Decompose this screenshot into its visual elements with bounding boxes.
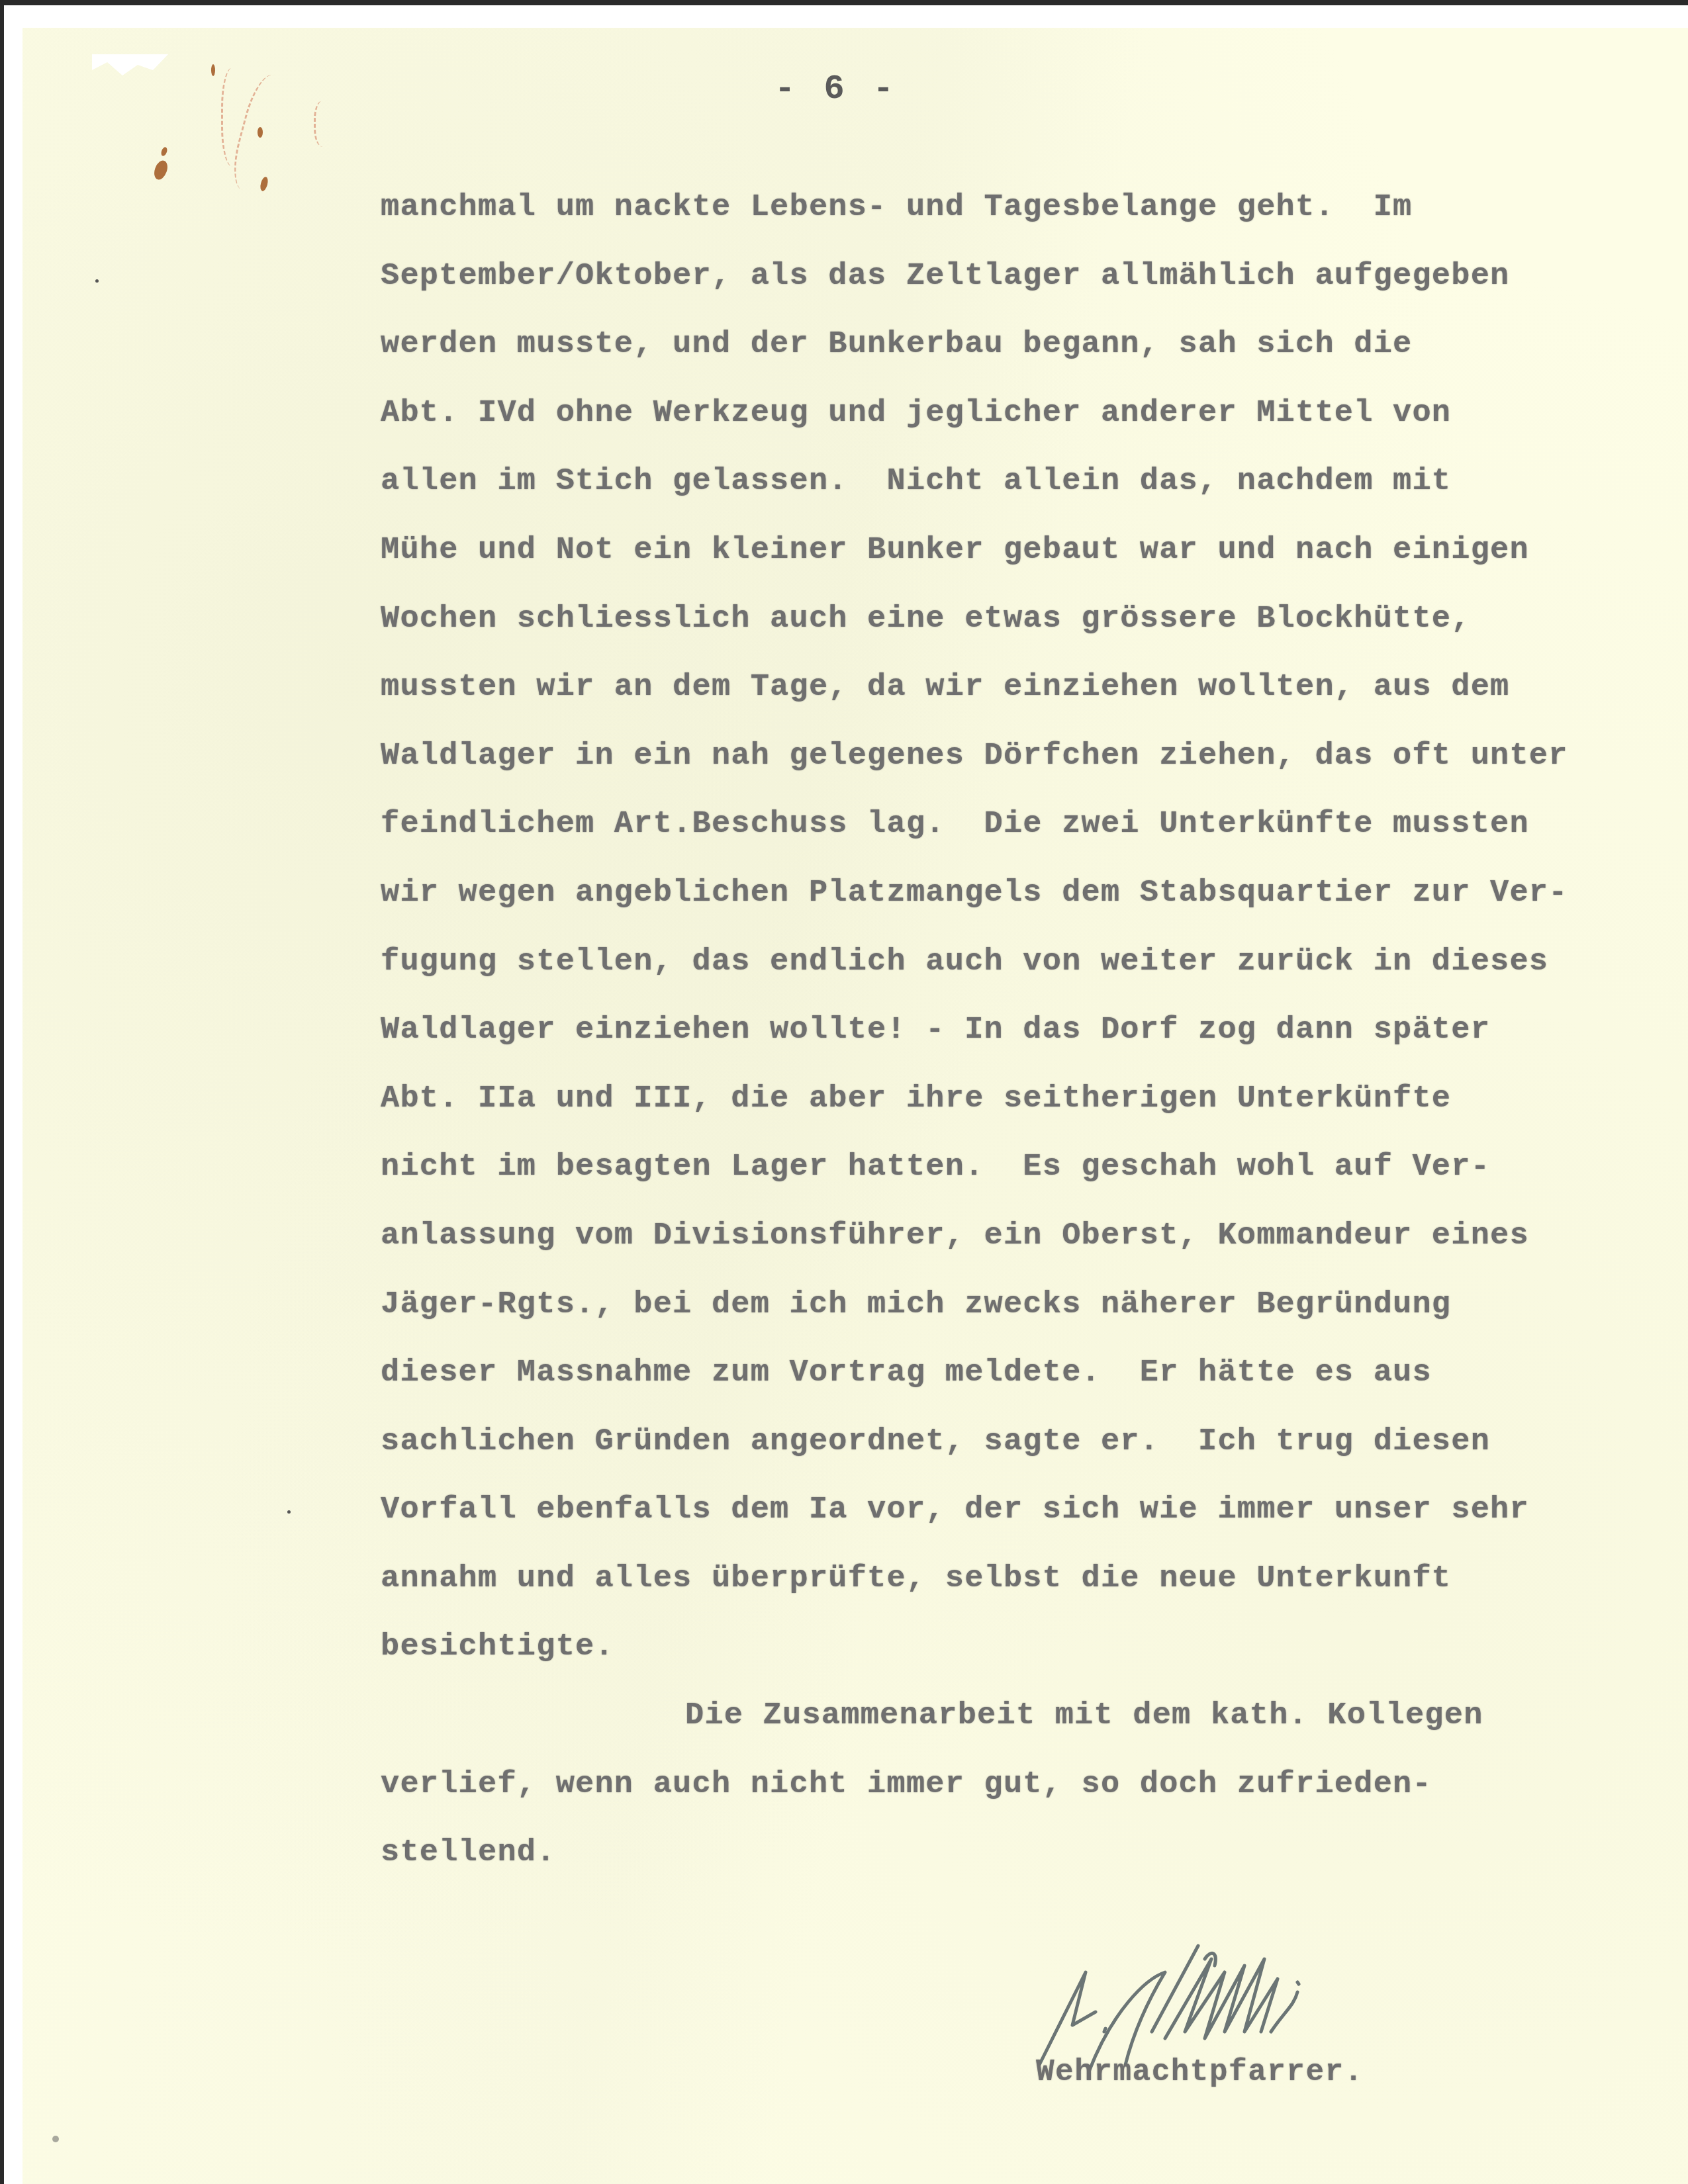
document-body: manchmal um nackte Lebens- und Tagesbela… <box>381 173 1638 1888</box>
text-line: manchmal um nackte Lebens- und Tagesbela… <box>381 173 1638 242</box>
text-line: fugung stellen, das endlich auch von wei… <box>381 928 1638 997</box>
text-line: Waldlager in ein nah gelegenes Dörfchen … <box>381 722 1638 791</box>
text-line: annahm und alles überprüfte, selbst die … <box>381 1545 1638 1614</box>
text-line: Die Zusammenarbeit mit dem kath. Kollege… <box>381 1682 1638 1751</box>
text-line: allen im Stich gelassen. Nicht allein da… <box>381 447 1638 516</box>
rust-stain <box>160 146 168 157</box>
text-line: September/Oktober, als das Zeltlager all… <box>381 242 1638 311</box>
text-line: nicht im besagten Lager hatten. Es gesch… <box>381 1133 1638 1202</box>
text-line: stellend. <box>381 1819 1638 1888</box>
red-pencil-mark <box>314 101 336 147</box>
torn-corner <box>92 54 168 81</box>
text-line: verlief, wenn auch nicht immer gut, so d… <box>381 1751 1638 1819</box>
text-line: dieser Massnahme zum Vortrag meldete. Er… <box>381 1339 1638 1408</box>
text-line: mussten wir an dem Tage, da wir einziehe… <box>381 653 1638 722</box>
text-line: Waldlager einziehen wollte! - In das Dor… <box>381 996 1638 1065</box>
rust-stain <box>211 64 215 76</box>
text-line: Vorfall ebenfalls dem Ia vor, der sich w… <box>381 1476 1638 1545</box>
signer-title: Wehrmachtpfarrer. <box>1036 2055 1364 2089</box>
text-line: sachlichen Gründen angeordnet, sagte er.… <box>381 1408 1638 1477</box>
page-number: - 6 - <box>774 69 898 109</box>
text-line: wir wegen angeblichen Platzmangels dem S… <box>381 859 1638 928</box>
text-line: anlassung vom Divisionsführer, ein Obers… <box>381 1202 1638 1271</box>
ink-speck <box>287 1510 291 1514</box>
text-line: besichtigte. <box>381 1613 1638 1682</box>
text-line: werden musste, und der Bunkerbau begann,… <box>381 310 1638 379</box>
text-line: feindlichem Art.Beschuss lag. Die zwei U… <box>381 790 1638 859</box>
text-line: Mühe und Not ein kleiner Bunker gebaut w… <box>381 516 1638 585</box>
text-line: Abt. IVd ohne Werkzeug und jeglicher and… <box>381 379 1638 448</box>
ink-speck <box>52 2136 59 2142</box>
text-line: Wochen schliesslich auch eine etwas grös… <box>381 585 1638 654</box>
text-line: Abt. IIa und III, die aber ihre seitheri… <box>381 1065 1638 1134</box>
text-line: Jäger-Rgts., bei dem ich mich zwecks näh… <box>381 1271 1638 1340</box>
rust-stain <box>152 159 169 181</box>
ink-speck <box>95 279 99 283</box>
